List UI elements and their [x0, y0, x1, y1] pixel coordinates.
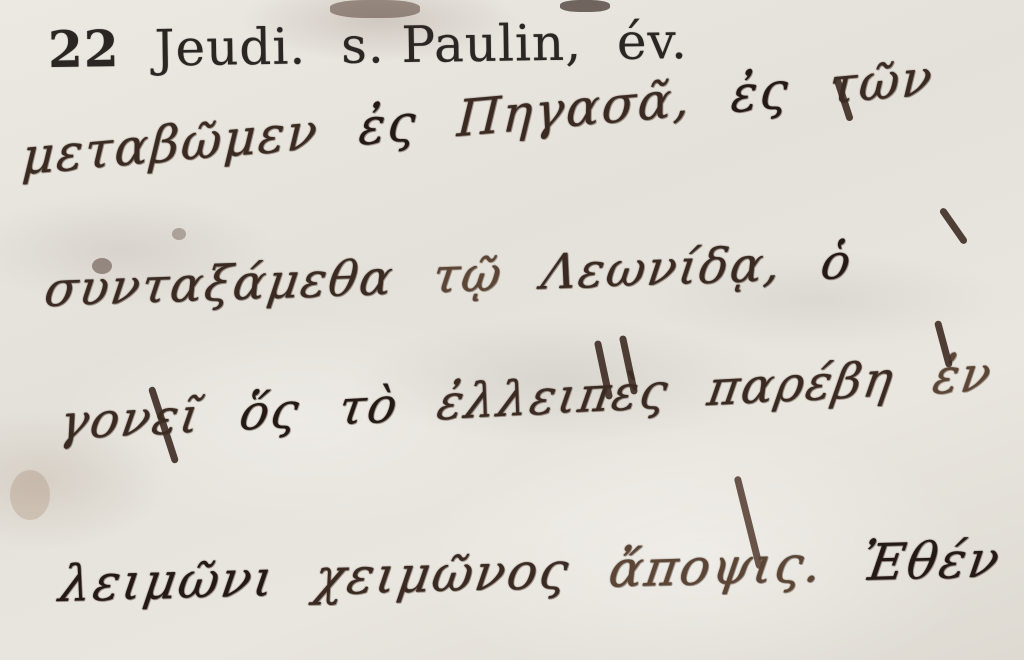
title-abbreviation: év.	[617, 12, 689, 71]
handwritten-word: ἄποψις.	[605, 535, 827, 599]
day-number: 22	[48, 19, 120, 79]
ink-blot	[172, 228, 186, 240]
printed-calendar-header: 22 Jeudi. s. Paulin, év.	[48, 11, 707, 79]
handwritten-word: τῷ	[429, 246, 507, 305]
handwritten-word: λειμῶνι	[56, 549, 280, 613]
handwritten-word: Ἐθέν	[858, 530, 1005, 592]
handwritten-word: ἐς	[729, 61, 791, 125]
weekday: Jeudi.	[154, 17, 307, 77]
handwritten-word: χειμῶνος	[311, 542, 574, 607]
handwritten-word: Λεωνίδᾳ,	[538, 236, 786, 301]
handwritten-word: γονεῖ	[56, 387, 206, 451]
handwritten-word: ἐν	[929, 346, 997, 406]
saint-name: s. Paulin,	[341, 14, 583, 75]
handwritten-word: τὸ	[335, 377, 403, 437]
ink-blot	[10, 470, 50, 520]
handwritten-word: ἐς	[357, 93, 419, 157]
handwritten-word: ὅς	[236, 382, 305, 442]
ink-blot	[560, 0, 610, 12]
handwritten-word: παρέβη	[704, 351, 899, 417]
handwritten-word: ὁ	[817, 234, 856, 291]
